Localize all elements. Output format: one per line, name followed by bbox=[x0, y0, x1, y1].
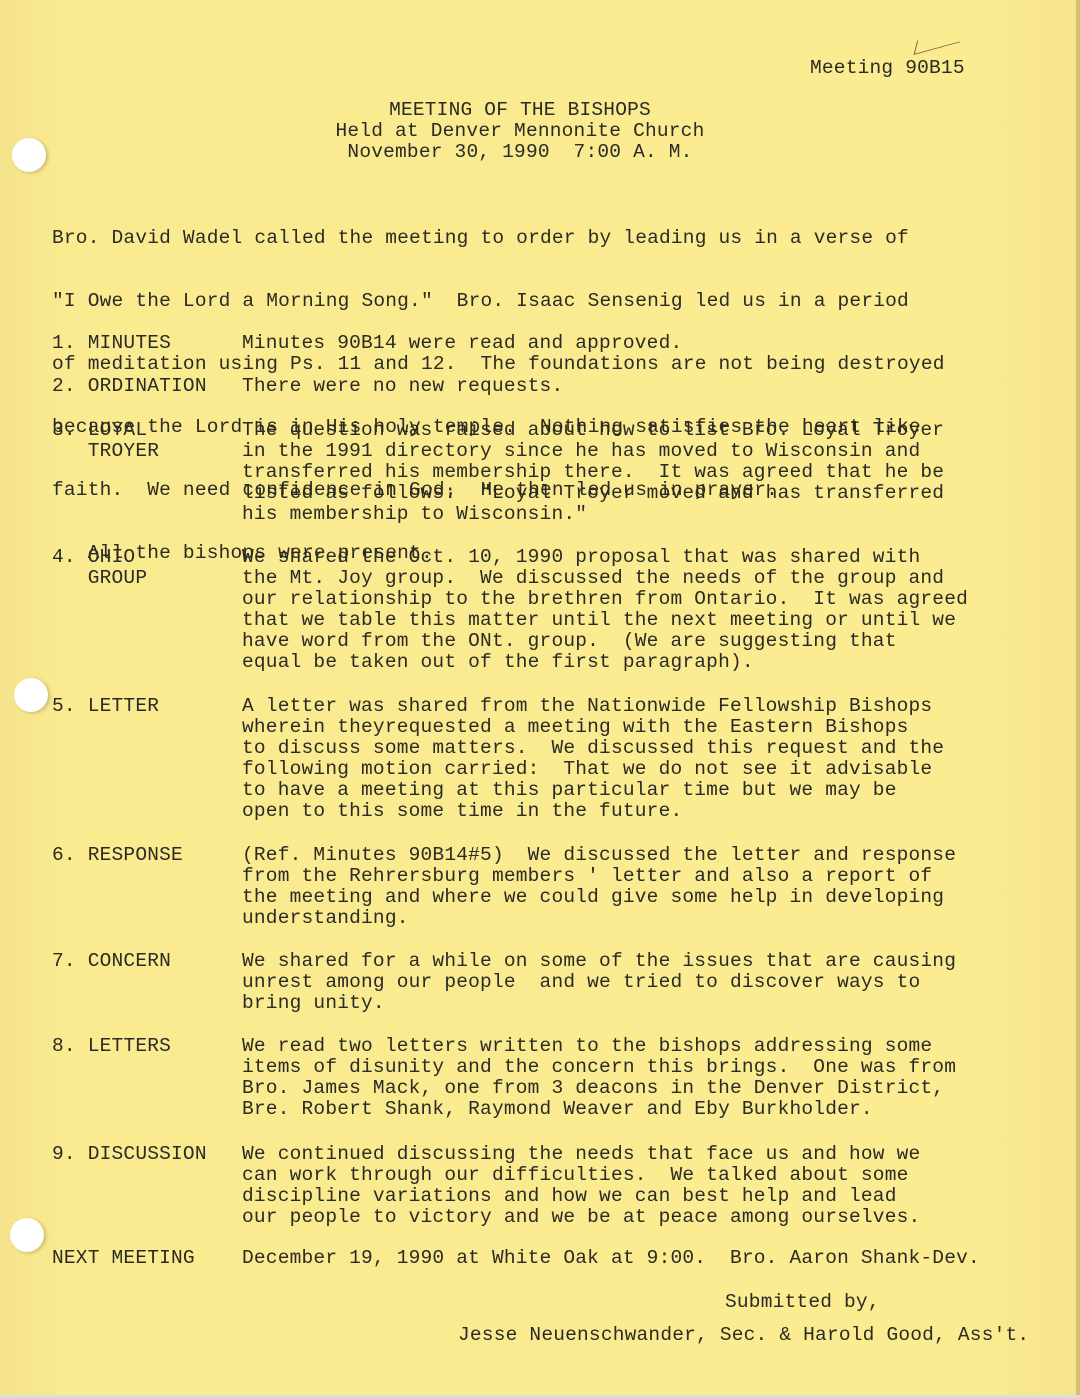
agenda-item-body-line: wherein theyrequested a meeting with the… bbox=[242, 717, 944, 738]
agenda-item-label: 4. OHIO GROUP bbox=[52, 547, 147, 589]
agenda-item-body-line: equal be taken out of the first paragrap… bbox=[242, 652, 968, 673]
agenda-item-label: 1. MINUTES bbox=[52, 333, 171, 354]
document-subtitle-location: Held at Denver Mennonite Church bbox=[0, 121, 1040, 142]
agenda-item-body-line: Minutes 90B14 were read and approved. bbox=[242, 333, 682, 354]
agenda-item-body: The question was raised about how to lis… bbox=[242, 420, 944, 525]
document-title: MEETING OF THE BISHOPS bbox=[0, 100, 1040, 121]
agenda-item-body-line: our relationship to the brethren from On… bbox=[242, 589, 968, 610]
scanned-page: Meeting 90B15 MEETING OF THE BISHOPS Hel… bbox=[0, 0, 1080, 1398]
agenda-item-body: We shared the Oct. 10, 1990 proposal tha… bbox=[242, 547, 968, 673]
punch-hole bbox=[14, 678, 48, 712]
document-subtitle-date: November 30, 1990 7:00 A. M. bbox=[0, 142, 1040, 163]
submitted-by-label: Submitted by, bbox=[725, 1292, 880, 1313]
agenda-item-body: We read two letters written to the bisho… bbox=[242, 1036, 956, 1120]
agenda-item-body: December 19, 1990 at White Oak at 9:00. … bbox=[242, 1248, 980, 1269]
agenda-item-body: A letter was shared from the Nationwide … bbox=[242, 696, 944, 822]
agenda-item-body-line: Bre. Robert Shank, Raymond Weaver and Eb… bbox=[242, 1099, 956, 1120]
agenda-item-body-line: A letter was shared from the Nationwide … bbox=[242, 696, 944, 717]
agenda-item-label: 2. ORDINATION bbox=[52, 376, 207, 397]
agenda-item-label-line: 7. CONCERN bbox=[52, 951, 171, 972]
agenda-item-body-line: to discuss some matters. We discussed th… bbox=[242, 738, 944, 759]
agenda-item-body-line: We shared the Oct. 10, 1990 proposal tha… bbox=[242, 547, 968, 568]
agenda-item-body-line: transferred his membership there. It was… bbox=[242, 462, 944, 483]
agenda-item-body: (Ref. Minutes 90B14#5) We discussed the … bbox=[242, 845, 956, 929]
signers: Jesse Neuenschwander, Sec. & Harold Good… bbox=[458, 1325, 1029, 1346]
agenda-item-body-line: There were no new requests. bbox=[242, 376, 563, 397]
agenda-item-label-line: GROUP bbox=[52, 568, 147, 589]
agenda-item-body-line: discipline variations and how we can bes… bbox=[242, 1186, 920, 1207]
checkmark-icon bbox=[914, 28, 964, 55]
agenda-item-body: Minutes 90B14 were read and approved. bbox=[242, 333, 682, 354]
agenda-item-body: There were no new requests. bbox=[242, 376, 563, 397]
agenda-item-label: NEXT MEETING bbox=[52, 1248, 195, 1269]
agenda-item-body-line: We read two letters written to the bisho… bbox=[242, 1036, 956, 1057]
agenda-item-body-line: (Ref. Minutes 90B14#5) We discussed the … bbox=[242, 845, 956, 866]
agenda-item-label-line: 6. RESPONSE bbox=[52, 845, 183, 866]
intro-line: Bro. David Wadel called the meeting to o… bbox=[52, 228, 945, 249]
agenda-item-label-line: 5. LETTER bbox=[52, 696, 159, 717]
agenda-item-label-line: 4. OHIO bbox=[52, 547, 147, 568]
agenda-item-label: 8. LETTERS bbox=[52, 1036, 171, 1057]
agenda-item-body-line: listed as follows: "Loyal Troyer moved a… bbox=[242, 483, 944, 504]
agenda-item-label: 9. DISCUSSION bbox=[52, 1144, 207, 1165]
agenda-item-label-line: 1. MINUTES bbox=[52, 333, 171, 354]
agenda-item-body-line: in the 1991 directory since he has moved… bbox=[242, 441, 944, 462]
agenda-item-label: 5. LETTER bbox=[52, 696, 159, 717]
intro-line: of meditation using Ps. 11 and 12. The f… bbox=[52, 354, 945, 375]
agenda-item-body-line: bring unity. bbox=[242, 993, 956, 1014]
agenda-item-body: We continued discussing the needs that f… bbox=[242, 1144, 920, 1228]
agenda-item-body-line: the meeting and where we could give some… bbox=[242, 887, 956, 908]
agenda-item-label-line: 3. LOYAL bbox=[52, 420, 159, 441]
agenda-item-body-line: understanding. bbox=[242, 908, 956, 929]
agenda-item-label-line: 9. DISCUSSION bbox=[52, 1144, 207, 1165]
agenda-item-body-line: items of disunity and the concern this b… bbox=[242, 1057, 956, 1078]
agenda-item-label-line: TROYER bbox=[52, 441, 159, 462]
agenda-item-label: 3. LOYAL TROYER bbox=[52, 420, 159, 462]
page-edge bbox=[1076, 0, 1080, 1398]
agenda-item-body-line: our people to victory and we be at peace… bbox=[242, 1207, 920, 1228]
agenda-item-label-line: NEXT MEETING bbox=[52, 1248, 195, 1269]
agenda-item-body-line: following motion carried: That we do not… bbox=[242, 759, 944, 780]
meeting-id: Meeting 90B15 bbox=[810, 58, 965, 79]
agenda-item-body-line: We shared for a while on some of the iss… bbox=[242, 951, 956, 972]
agenda-item-label: 6. RESPONSE bbox=[52, 845, 183, 866]
agenda-item-label-line: 2. ORDINATION bbox=[52, 376, 207, 397]
agenda-item-body-line: can work through our difficulties. We ta… bbox=[242, 1165, 920, 1186]
agenda-item-body-line: open to this some time in the future. bbox=[242, 801, 944, 822]
agenda-item-label: 7. CONCERN bbox=[52, 951, 171, 972]
agenda-item-body-line: unrest among our people and we tried to … bbox=[242, 972, 956, 993]
agenda-item-body-line: December 19, 1990 at White Oak at 9:00. … bbox=[242, 1248, 980, 1269]
agenda-item-label-line: 8. LETTERS bbox=[52, 1036, 171, 1057]
agenda-item-body-line: The question was raised about how to lis… bbox=[242, 420, 944, 441]
agenda-item-body-line: his membership to Wisconsin." bbox=[242, 504, 944, 525]
intro-line: "I Owe the Lord a Morning Song." Bro. Is… bbox=[52, 291, 945, 312]
agenda-item-body-line: the Mt. Joy group. We discussed the need… bbox=[242, 568, 968, 589]
agenda-item-body-line: to have a meeting at this particular tim… bbox=[242, 780, 944, 801]
agenda-item-body-line: Bro. James Mack, one from 3 deacons in t… bbox=[242, 1078, 956, 1099]
agenda-item-body-line: We continued discussing the needs that f… bbox=[242, 1144, 920, 1165]
punch-hole bbox=[10, 1218, 44, 1252]
agenda-item-body-line: that we table this matter until the next… bbox=[242, 610, 968, 631]
agenda-item-body: We shared for a while on some of the iss… bbox=[242, 951, 956, 1014]
agenda-item-body-line: from the Rehrersburg members ' letter an… bbox=[242, 866, 956, 887]
agenda-item-body-line: have word from the ONt. group. (We are s… bbox=[242, 631, 968, 652]
